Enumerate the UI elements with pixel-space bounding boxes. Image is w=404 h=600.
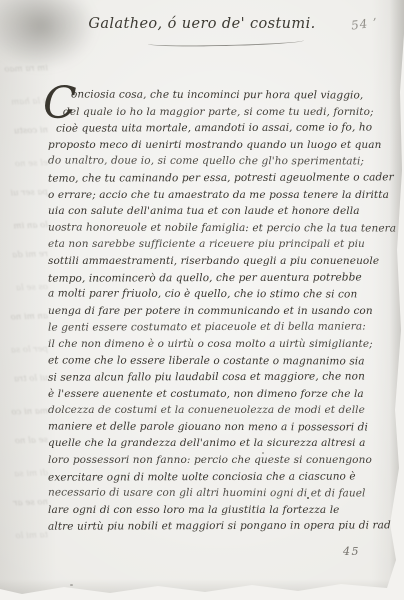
manuscript-line: temo, che tu caminando per essa, potrest… bbox=[48, 169, 402, 187]
manuscript-line: exercitare ogni di molte uolte conciosia… bbox=[48, 468, 402, 486]
bleedthrough-mark: per lo sa bbox=[2, 344, 48, 356]
bleedthrough-mark: ma ni co bbox=[6, 406, 48, 417]
manuscript-line: dolcezza de costumi et la conueneuolezza… bbox=[48, 402, 402, 419]
bleedthrough-mark: ta mi lo bbox=[2, 530, 48, 542]
manuscript-line: uostra honoreuole et nobile famiglia: et… bbox=[48, 219, 402, 237]
manuscript-line: et come che lo essere liberale o costant… bbox=[48, 352, 402, 370]
bottom-torn-edge-shadow bbox=[0, 574, 404, 600]
manuscript-line: o errare; accio che tu amaestrato da me … bbox=[48, 187, 402, 204]
bleedthrough-marks: im ra maoa la hamni costuel se nopa ser … bbox=[2, 64, 48, 541]
manuscript-line: necessario di usare con gli altri huomin… bbox=[48, 485, 402, 503]
scan-background: Galatheo, ó uero de' costumi. 54 ’ im ra… bbox=[0, 0, 404, 600]
bleedthrough-mark: pa ser ui bbox=[2, 187, 48, 199]
manuscript-line: quelle che la grandezza dell'animo et la… bbox=[48, 435, 402, 452]
manuscript-line: si senza alcun fallo piu laudabil cosa e… bbox=[48, 368, 402, 386]
manuscript-line: lare ogni di con esso loro ma la giustit… bbox=[48, 502, 402, 519]
manuscript-line: sottili ammaestramenti, riserbando quegl… bbox=[48, 253, 402, 270]
top-left-corner-shadow bbox=[0, 0, 116, 86]
manuscript-line: è l'essere auenente et costumato, non di… bbox=[48, 386, 402, 403]
manuscript-line: del quale io ho la maggior parte, si com… bbox=[48, 104, 402, 121]
bleedthrough-mark: di mi sa bbox=[2, 468, 48, 480]
page-number: 45 bbox=[343, 545, 360, 558]
manuscript-line: do unaltro, doue io, si come quello che … bbox=[48, 153, 402, 171]
manuscript-line: cioè questa uita mortale, amandoti io as… bbox=[48, 120, 402, 138]
bleedthrough-mark: no se ar bbox=[6, 497, 48, 508]
bleedthrough-mark: lo an im bbox=[6, 220, 48, 231]
manuscript-line: altre uirtù piu nobili et maggiori si po… bbox=[48, 518, 402, 536]
manuscript-line: le genti essere costumato et piaceuole e… bbox=[48, 319, 402, 337]
manuscript-line: maniere et delle parole giouano non meno… bbox=[48, 418, 402, 436]
manuscript-line: loro possessori non fanno: percio che qu… bbox=[48, 452, 402, 469]
ink-speck bbox=[262, 452, 264, 454]
bleedthrough-mark: os se la bbox=[2, 282, 48, 294]
manuscript-line: proposto meco di uenirti mostrando quand… bbox=[48, 137, 402, 154]
manuscript-line: uenga di fare per potere in communicando… bbox=[48, 303, 402, 320]
manuscript-line: onciosia cosa, che tu incominci pur hora… bbox=[48, 86, 402, 104]
bleedthrough-mark: re mi da bbox=[2, 249, 48, 261]
bleedthrough-mark: ni costu bbox=[6, 125, 48, 136]
title-underline-flourish bbox=[148, 39, 304, 48]
manuscript-line: eta non sarebbe sufficiente a riceuere p… bbox=[48, 236, 402, 253]
bleedthrough-mark: an mi no bbox=[6, 311, 48, 322]
manuscript-line: a molti parer friuolo, cio è quello, che… bbox=[48, 286, 402, 304]
ink-speck bbox=[307, 497, 309, 499]
bleedthrough-mark: a la ham bbox=[2, 96, 48, 108]
ink-speck bbox=[391, 521, 394, 524]
bleedthrough-mark: el se no bbox=[2, 158, 48, 170]
bleedthrough-mark: se al no bbox=[2, 435, 48, 447]
manuscript-page: Galatheo, ó uero de' costumi. 54 ’ im ra… bbox=[0, 0, 404, 600]
ink-speck bbox=[70, 584, 73, 586]
manuscript-line: il che non dimeno è o uirtù o cosa molto… bbox=[48, 336, 402, 353]
manuscript-line: uia con salute dell'anima tua et con lau… bbox=[48, 203, 402, 220]
ink-speck bbox=[396, 561, 398, 564]
manuscript-line: tempo, incomincerò da quello, che per au… bbox=[48, 269, 402, 287]
bleedthrough-mark: im ra mao bbox=[2, 63, 48, 75]
manuscript-text-block: onciosia cosa, che tu incominci pur hora… bbox=[48, 87, 402, 535]
page-title: Galatheo, ó uero de' costumi. bbox=[0, 16, 404, 32]
bleedthrough-mark: ui lo tra bbox=[2, 373, 48, 385]
